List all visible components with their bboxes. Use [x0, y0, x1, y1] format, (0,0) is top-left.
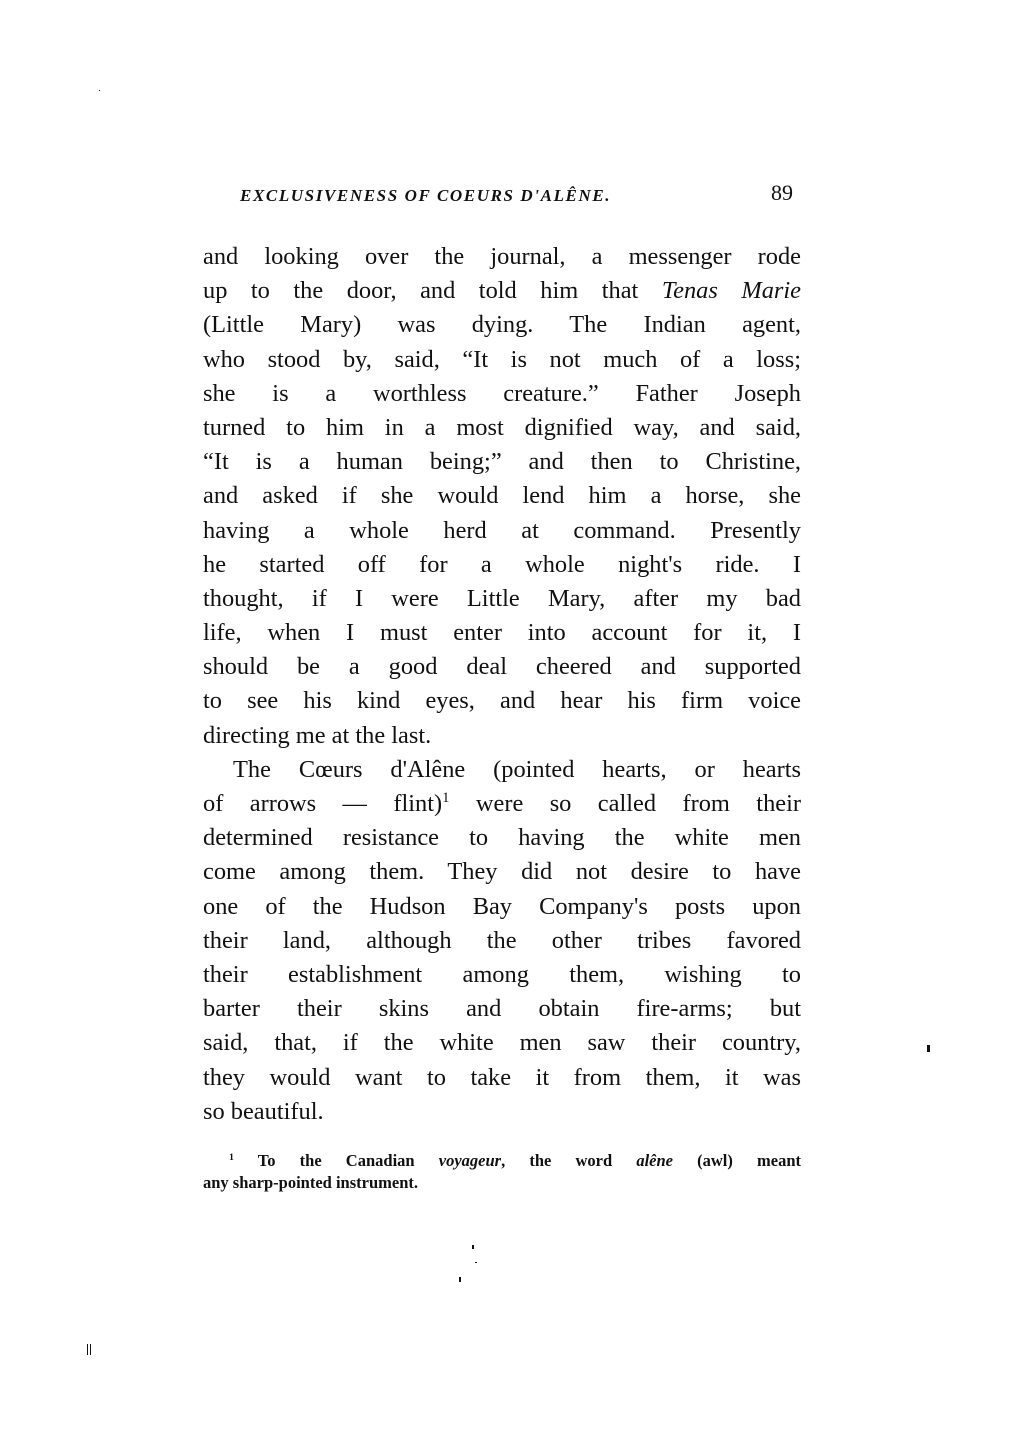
footnote: 1 To the Canadian voyageur, the word alê…: [203, 1150, 801, 1194]
text-fragment: up to the door, and told him that: [203, 277, 662, 304]
text-line: and looking over the journal, a messenge…: [203, 240, 801, 274]
scan-speck: [475, 1262, 477, 1263]
text-fragment: of arrows — flint): [203, 790, 442, 817]
text-line: barter their skins and obtain fire-arms;…: [203, 992, 801, 1026]
text-line: life, when I must enter into account for…: [203, 616, 801, 650]
book-page: EXCLUSIVENESS OF COEURS D'ALÊNE. 89 and …: [0, 0, 1010, 1447]
text-fragment: (awl) meant: [673, 1151, 801, 1170]
scan-speck: [472, 1245, 474, 1249]
text-line: having a whole herd at command. Presentl…: [203, 514, 801, 548]
scan-speck: [927, 1045, 930, 1052]
text-line: she is a worthless creature.” Father Jos…: [203, 377, 801, 411]
italic-term: alêne: [636, 1151, 673, 1170]
text-line: and asked if she would lend him a horse,…: [203, 479, 801, 513]
text-line: thought, if I were Little Mary, after my…: [203, 582, 801, 616]
footnote-line: 1 To the Canadian voyageur, the word alê…: [203, 1150, 801, 1172]
text-line: come among them. They did not desire to …: [203, 855, 801, 889]
text-line: (Little Mary) was dying. The Indian agen…: [203, 308, 801, 342]
text-line: their establishment among them, wishing …: [203, 958, 801, 992]
scan-speck: [99, 90, 100, 91]
paragraph-end-line: directing me at the last.: [203, 719, 801, 753]
scan-speck: [90, 1344, 91, 1355]
scan-speck: [87, 1344, 88, 1355]
page-number: 89: [771, 180, 793, 206]
body-text: and looking over the journal, a messenge…: [203, 240, 801, 1129]
text-line: determined resistance to having the whit…: [203, 821, 801, 855]
text-line: to see his kind eyes, and hear his firm …: [203, 684, 801, 718]
italic-term: voyageur: [439, 1151, 501, 1170]
text-fragment: , the word: [501, 1151, 636, 1170]
scan-speck: [459, 1277, 461, 1282]
text-line: said, that, if the white men saw their c…: [203, 1026, 801, 1060]
text-line: should be a good deal cheered and suppor…: [203, 650, 801, 684]
footnote-line: any sharp-pointed instrument.: [203, 1172, 801, 1194]
text-line: up to the door, and told him that Tenas …: [203, 274, 801, 308]
text-fragment: To the Canadian: [234, 1151, 439, 1170]
running-head-title: EXCLUSIVENESS OF COEURS D'ALÊNE.: [240, 186, 800, 206]
text-line: turned to him in a most dignified way, a…: [203, 411, 801, 445]
italic-phrase: Tenas Marie: [662, 277, 801, 304]
text-line: they would want to take it from them, it…: [203, 1061, 801, 1095]
text-line: their land, although the other tribes fa…: [203, 924, 801, 958]
text-fragment: were so called from their: [449, 790, 801, 817]
text-line: he started off for a whole night's ride.…: [203, 548, 801, 582]
paragraph-end-line: so beautiful.: [203, 1095, 801, 1129]
text-line: of arrows — flint)1 were so called from …: [203, 787, 801, 821]
text-line: one of the Hudson Bay Company's posts up…: [203, 890, 801, 924]
text-line: “It is a human being;” and then to Chris…: [203, 445, 801, 479]
paragraph-start-line: The Cœurs d'Alêne (pointed hearts, or he…: [203, 753, 801, 787]
text-line: who stood by, said, “It is not much of a…: [203, 343, 801, 377]
